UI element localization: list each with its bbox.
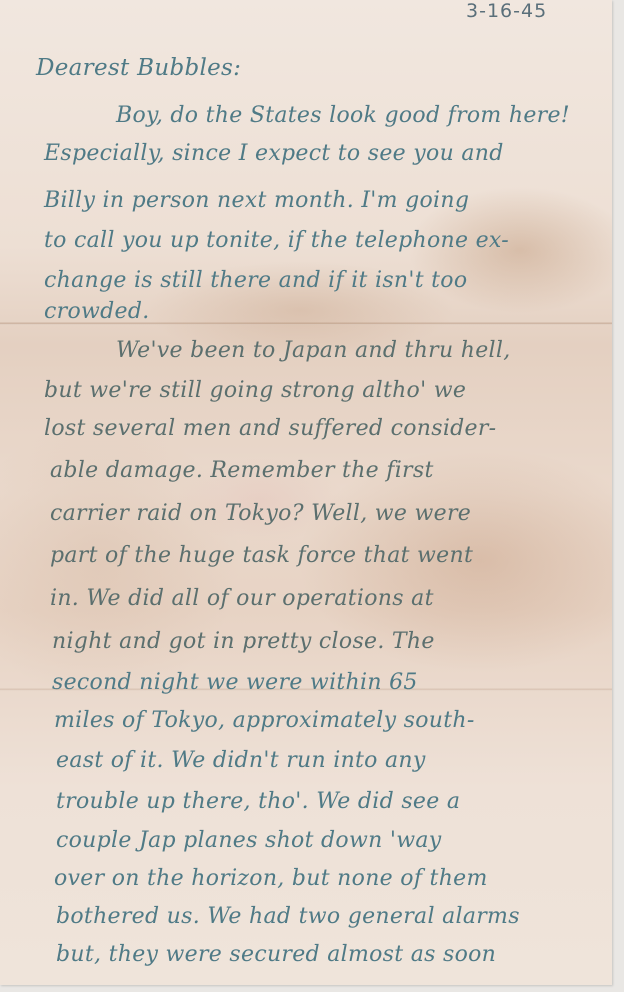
letter-line: lost several men and suffered consider-: [44, 410, 496, 447]
letter-line: We've been to Japan and thru hell,: [116, 332, 511, 369]
letter-date: 3-16-45: [466, 0, 547, 22]
letter-line: but we're still going strong altho' we: [44, 372, 466, 409]
letter-line: part of the huge task force that went: [50, 537, 473, 574]
letter-line: crowded.: [44, 293, 150, 330]
letter-line: but, they were secured almost as soon: [56, 936, 496, 973]
salutation: Dearest Bubbles:: [36, 50, 241, 87]
letter-line: trouble up there, tho'. We did see a: [56, 783, 460, 820]
letter-line: in. We did all of our operations at: [50, 580, 434, 617]
letter-line: Billy in person next month. I'm going: [44, 182, 469, 219]
letter-line: able damage. Remember the first: [50, 452, 434, 489]
letter-line: miles of Tokyo, approximately south-: [54, 702, 475, 739]
letter-line: second night we were within 65: [52, 664, 418, 701]
letter-page: 3-16-45 Dearest Bubbles: Boy, do the Sta…: [0, 0, 612, 985]
letter-line: bothered us. We had two general alarms: [56, 898, 520, 935]
letter-line: Especially, since I expect to see you an…: [44, 135, 504, 172]
letter-line: to call you up tonite, if the telephone …: [44, 222, 509, 259]
letter-line: east of it. We didn't run into any: [56, 742, 426, 779]
letter-line: couple Jap planes shot down 'way: [56, 822, 441, 859]
letter-line: Boy, do the States look good from here!: [116, 97, 570, 134]
letter-line: night and got in pretty close. The: [52, 623, 435, 660]
letter-line: carrier raid on Tokyo? Well, we were: [50, 495, 471, 532]
letter-line: over on the horizon, but none of them: [54, 860, 488, 897]
